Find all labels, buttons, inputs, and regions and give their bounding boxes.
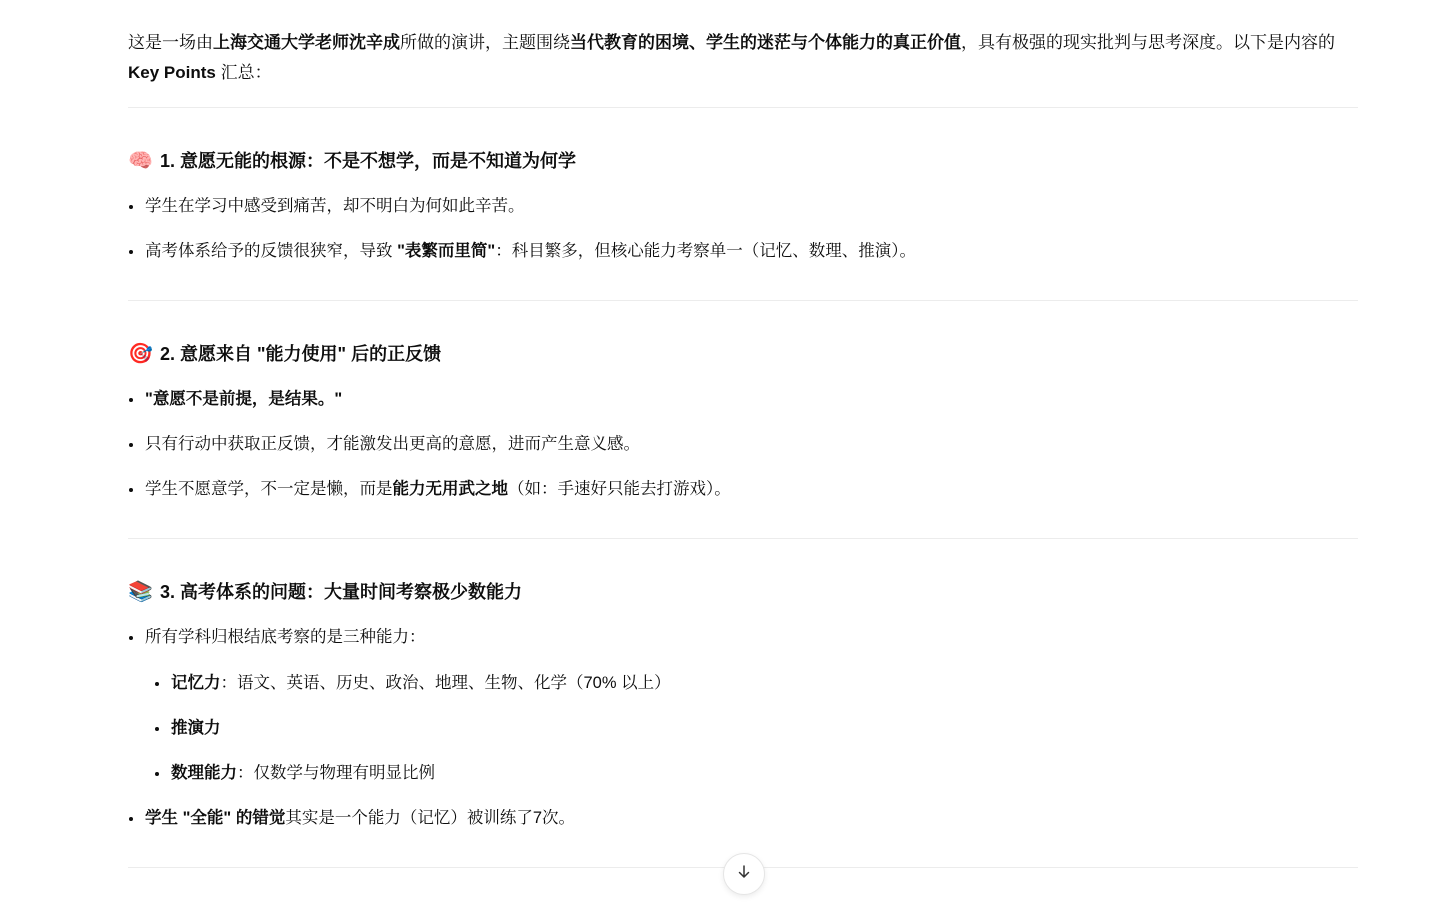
divider	[128, 538, 1358, 539]
target-icon: 🎯	[128, 339, 154, 369]
books-icon: 📚	[128, 577, 154, 607]
intro-text: 所做的演讲，主题围绕	[400, 33, 570, 52]
intro-paragraph: 这是一场由上海交通大学老师沈辛成所做的演讲，主题围绕当代教育的困境、学生的迷茫与…	[128, 28, 1358, 88]
intro-text: ，具有极强的现实批判与思考深度。以下是内容的	[961, 33, 1335, 52]
intro-text: 这是一场由	[128, 33, 213, 52]
intro-theme: 当代教育的困境、学生的迷茫与个体能力的真正价值	[570, 33, 961, 52]
intro-key-points: Key Points	[128, 63, 216, 82]
message-content: 这是一场由上海交通大学老师沈辛成所做的演讲，主题围绕当代教育的困境、学生的迷茫与…	[128, 28, 1358, 868]
section-1-list: 学生在学习中感受到痛苦，却不明白为何如此辛苦。 高考体系给予的反馈很狭窄，导致 …	[128, 193, 1358, 264]
divider	[128, 107, 1358, 108]
section-1-title: 🧠 1. 意愿无能的根源：不是不想学，而是不知道为何学	[128, 146, 1358, 176]
scroll-to-bottom-button[interactable]	[723, 853, 765, 895]
section-title-text: 2. 意愿来自 "能力使用" 后的正反馈	[160, 339, 441, 369]
list-item: 学生 "全能" 的错觉其实是一个能力（记忆）被训练了7次。	[128, 805, 1358, 831]
section-3-list: 所有学科归根结底考察的是三种能力： 记忆力：语文、英语、历史、政治、地理、生物、…	[128, 624, 1358, 831]
section-2-list: "意愿不是前提，是结果。" 只有行动中获取正反馈，才能激发出更高的意愿，进而产生…	[128, 386, 1358, 502]
brain-icon: 🧠	[128, 146, 154, 176]
intro-speaker: 上海交通大学老师沈辛成	[213, 33, 400, 52]
sub-list-item: 记忆力：语文、英语、历史、政治、地理、生物、化学（70% 以上）	[128, 670, 1358, 696]
list-item: 高考体系给予的反馈很狭窄，导致 "表繁而里简"：科目繁多，但核心能力考察单一（记…	[128, 238, 1358, 264]
arrow-down-icon	[736, 864, 752, 885]
list-item: 只有行动中获取正反馈，才能激发出更高的意愿，进而产生意义感。	[128, 431, 1358, 457]
list-item: "意愿不是前提，是结果。"	[128, 386, 1358, 412]
divider	[128, 300, 1358, 301]
sub-list-item: 数理能力：仅数学与物理有明显比例	[128, 760, 1358, 786]
list-item: 学生不愿意学，不一定是懒，而是能力无用武之地（如：手速好只能去打游戏）。	[128, 476, 1358, 502]
list-item: 学生在学习中感受到痛苦，却不明白为何如此辛苦。	[128, 193, 1358, 219]
section-title-text: 1. 意愿无能的根源：不是不想学，而是不知道为何学	[160, 146, 576, 176]
section-title-text: 3. 高考体系的问题：大量时间考察极少数能力	[160, 577, 522, 607]
sub-list-item: 推演力	[128, 715, 1358, 741]
intro-text: 汇总：	[216, 63, 272, 82]
section-3-title: 📚 3. 高考体系的问题：大量时间考察极少数能力	[128, 577, 1358, 607]
section-2-title: 🎯 2. 意愿来自 "能力使用" 后的正反馈	[128, 339, 1358, 369]
list-item: 所有学科归根结底考察的是三种能力：	[128, 624, 1358, 650]
